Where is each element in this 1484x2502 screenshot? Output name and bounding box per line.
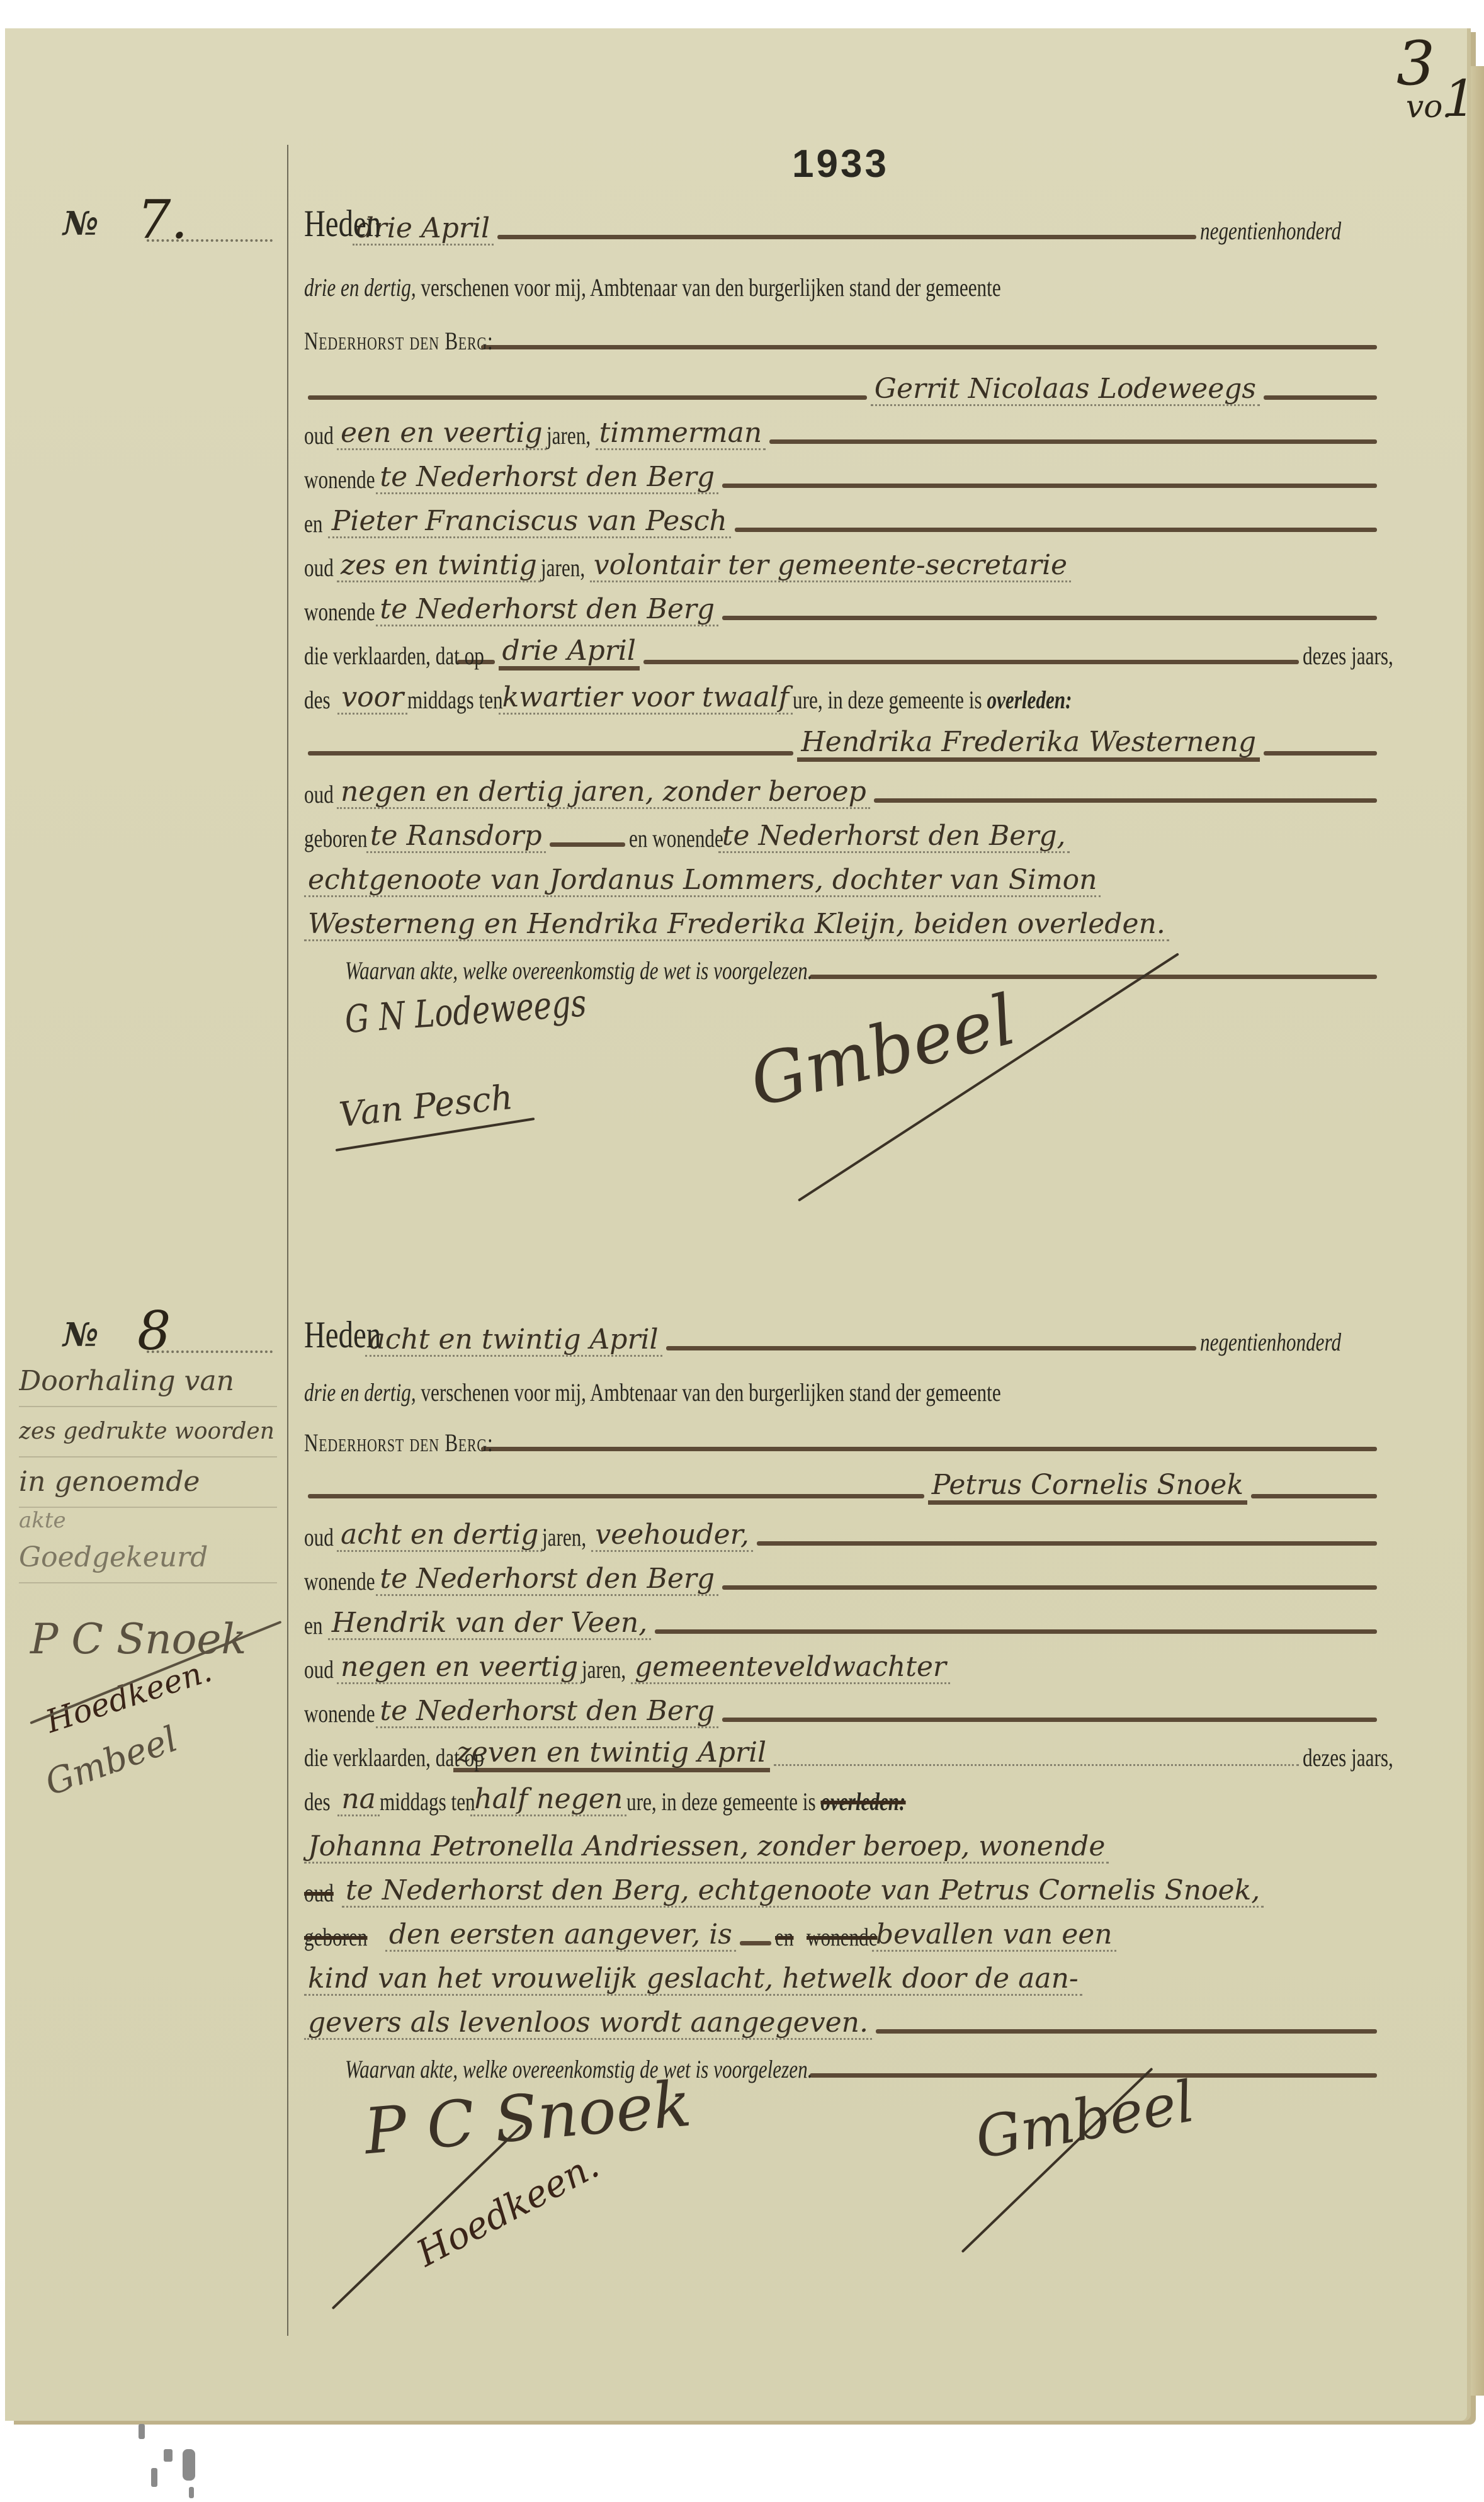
fill-stroke: [655, 1629, 1377, 1634]
record-number-label: №: [63, 1316, 99, 1354]
line-body-2: oud te Nederhorst den Berg, echtgenoote …: [304, 1857, 1381, 1908]
event-time: half negen: [470, 1784, 626, 1816]
line-body-5: gevers als levenloos wordt aangegeven.: [304, 1990, 1381, 2040]
ure-text: ure, in deze gemeente is: [793, 686, 982, 714]
margin-note-inserted: akte: [19, 1508, 277, 1533]
record-date: acht en twintig April: [365, 1325, 662, 1357]
struck-overleden: overleden:: [821, 1787, 906, 1816]
fill-stroke: [481, 1447, 1377, 1451]
death-time: kwartier voor twaalf: [499, 682, 793, 715]
voor-na: na: [337, 1784, 380, 1816]
line-declarant1-residence: wonende te Nederhorst den Berg: [304, 1546, 1381, 1596]
paper-debris: [164, 2449, 173, 2462]
line-death-time: des voor middags ten kwartier voor twaal…: [304, 664, 1381, 715]
line-heden: Heden acht en twintig April negentienhon…: [304, 1306, 1381, 1357]
register-page: 3 vo. 1 1933 № 7. Heden drie April negen…: [5, 28, 1467, 2421]
ure-text: ure, in deze gemeente is: [626, 1787, 816, 1816]
line-gemeente: Nederhorst den Berg:: [304, 305, 1381, 356]
fill-stroke: [769, 439, 1377, 444]
line-death-date: die verklaarden, dat op drie April dezes…: [304, 620, 1381, 671]
record-number-dots: [147, 239, 273, 242]
heden-label: Heden: [304, 202, 381, 246]
middags-label: middags ten: [380, 1787, 475, 1816]
line-declarant2-age: oud zes en twintig jaren, volontair ter …: [304, 532, 1381, 582]
municipality-label: Nederhorst den Berg:: [304, 1428, 493, 1458]
fill-stroke: [810, 2073, 1377, 2078]
fill-stroke: [550, 842, 625, 847]
negentienhonderd-label: negentienhonderd: [1200, 1327, 1341, 1357]
margin-annotation: Doorhaling van zes gedrukte woorden in g…: [19, 1357, 277, 1583]
fill-stroke: [1251, 1494, 1377, 1498]
fill-stroke: [1264, 395, 1377, 400]
negentienhonderd-label: negentienhonderd: [1200, 216, 1341, 246]
line-verschenen: drie en dertig, verschenen voor mij, Amb…: [304, 252, 1381, 302]
fill-stroke: [722, 616, 1377, 620]
fill-stroke: [666, 1346, 1196, 1350]
line-deceased-name: Hendrika Frederika Westerneng: [304, 711, 1381, 762]
signature-hoedkeen: Hoedkeen.: [410, 2144, 606, 2275]
line-event-date: die verklaarden, dat op zeven en twintig…: [304, 1722, 1381, 1772]
line-declarant2-name: en Hendrik van der Veen,: [304, 1590, 1381, 1640]
margin-note-approved: Goedgekeurd: [19, 1533, 277, 1583]
line-heden: Heden drie April negentienhonderd: [304, 195, 1381, 246]
paper-debris: [151, 2468, 157, 2487]
overleden-label: overleden:: [987, 686, 1072, 714]
municipality-label: Nederhorst den Berg:: [304, 326, 493, 356]
fill-stroke: [810, 975, 1377, 979]
signature-registrar: Gmbeel: [742, 979, 1023, 1123]
fill-stroke: [308, 395, 867, 400]
line-declarant1-name: Petrus Cornelis Snoek: [304, 1454, 1381, 1505]
voor-na: voor: [337, 682, 407, 715]
middags-label: middags ten: [407, 685, 503, 715]
des-label: des: [304, 685, 331, 715]
fill-stroke: [722, 484, 1377, 488]
line-deceased-details-2: Westerneng en Hendrika Frederika Kleijn,…: [304, 891, 1381, 941]
ure-label: ure, in deze gemeente is overleden:: [793, 685, 1072, 715]
fill-stroke: [308, 751, 793, 756]
line-deceased-details-1: echtgenoote van Jordanus Lommers, dochte…: [304, 847, 1381, 897]
register-year: 1933: [792, 142, 889, 186]
line-declarant2-name: en Pieter Franciscus van Pesch: [304, 488, 1381, 538]
margin-signature-snoek: P C Snoek: [30, 1615, 246, 1663]
margin-signature-hoedkeen: Hoedkeen.: [42, 1652, 216, 1740]
fill-stroke: [874, 798, 1377, 803]
line-gemeente: Nederhorst den Berg:: [304, 1407, 1381, 1458]
fill-stroke: [876, 2029, 1377, 2034]
margin-note-line: Doorhaling van: [19, 1357, 277, 1407]
line-event-time: des na middags ten half negen ure, in de…: [304, 1766, 1381, 1816]
margin-note-line: in genoemde: [19, 1458, 277, 1508]
fill-stroke: [481, 345, 1377, 349]
fill-stroke: [740, 1941, 771, 1945]
deceased-name: Hendrika Frederika Westerneng: [797, 727, 1260, 762]
line-declarant2-residence: wonende te Nederhorst den Berg: [304, 576, 1381, 626]
fill-stroke: [308, 1494, 924, 1498]
verschenen-text: verschenen voor mij, Ambtenaar van den b…: [421, 273, 1000, 302]
fill-stroke: [722, 1585, 1377, 1590]
line-declarant2-residence: wonende te Nederhorst den Berg: [304, 1678, 1381, 1728]
line-waarvan: Waarvan akte, welke overeenkomstig de we…: [345, 2034, 1381, 2084]
line-declarant1-residence: wonende te Nederhorst den Berg: [304, 444, 1381, 494]
line-body-1: Johanna Petronella Andriessen, zonder be…: [304, 1813, 1381, 1864]
signature-lodeweegs: G N Lodeweegs: [344, 981, 588, 1042]
line-deceased-age: oud negen en dertig jaren, zonder beroep: [304, 759, 1381, 809]
year-words: drie en dertig,: [304, 1378, 416, 1407]
margin-note-line: zes gedrukte woorden: [19, 1407, 277, 1458]
fill-stroke: [643, 660, 1299, 664]
line-declarant1-name: Gerrit Nicolaas Lodeweegs: [304, 356, 1381, 406]
line-declarant1-age: oud acht en dertig jaren, veehouder,: [304, 1502, 1381, 1552]
line-body-3: geboren den eersten aangever, is en wone…: [304, 1901, 1381, 1952]
paper-debris: [189, 2487, 194, 2498]
declarant1-name: Petrus Cornelis Snoek: [928, 1470, 1247, 1505]
ure-label: ure, in deze gemeente is overleden:: [626, 1787, 906, 1816]
line-body-4: kind van het vrouwelijk geslacht, hetwel…: [304, 1945, 1381, 1996]
line-verschenen: drie en dertig, verschenen voor mij, Amb…: [304, 1357, 1381, 1407]
folio-number-mark: 1: [1444, 69, 1476, 128]
page-stack-edge: [1471, 66, 1484, 2396]
line-deceased-birth: geboren te Ransdorp en wonende te Nederh…: [304, 803, 1381, 853]
fill-stroke: [722, 1718, 1377, 1722]
record-number-label: №: [63, 205, 99, 243]
fill-stroke: [735, 528, 1377, 532]
line-declarant2-age: oud negen en veertig jaren, gemeenteveld…: [304, 1634, 1381, 1684]
record-number-dots: [147, 1350, 273, 1353]
fill-stroke: [757, 1541, 1377, 1546]
year-words: drie en dertig,: [304, 273, 416, 302]
des-label: des: [304, 1787, 331, 1816]
heden-label: Heden: [304, 1313, 381, 1357]
margin-divider: [287, 145, 288, 2336]
verschenen-text: verschenen voor mij, Ambtenaar van den b…: [421, 1378, 1000, 1407]
fill-stroke: [497, 235, 1196, 239]
fill-stroke: [1264, 751, 1377, 756]
line-waarvan: Waarvan akte, welke overeenkomstig de we…: [345, 935, 1381, 985]
signature-registrar: Gmbeel: [971, 2068, 1199, 2171]
paper-debris: [139, 2424, 145, 2439]
line-declarant1-age: oud een en veertig jaren, timmerman: [304, 400, 1381, 450]
paper-debris: [183, 2449, 195, 2481]
